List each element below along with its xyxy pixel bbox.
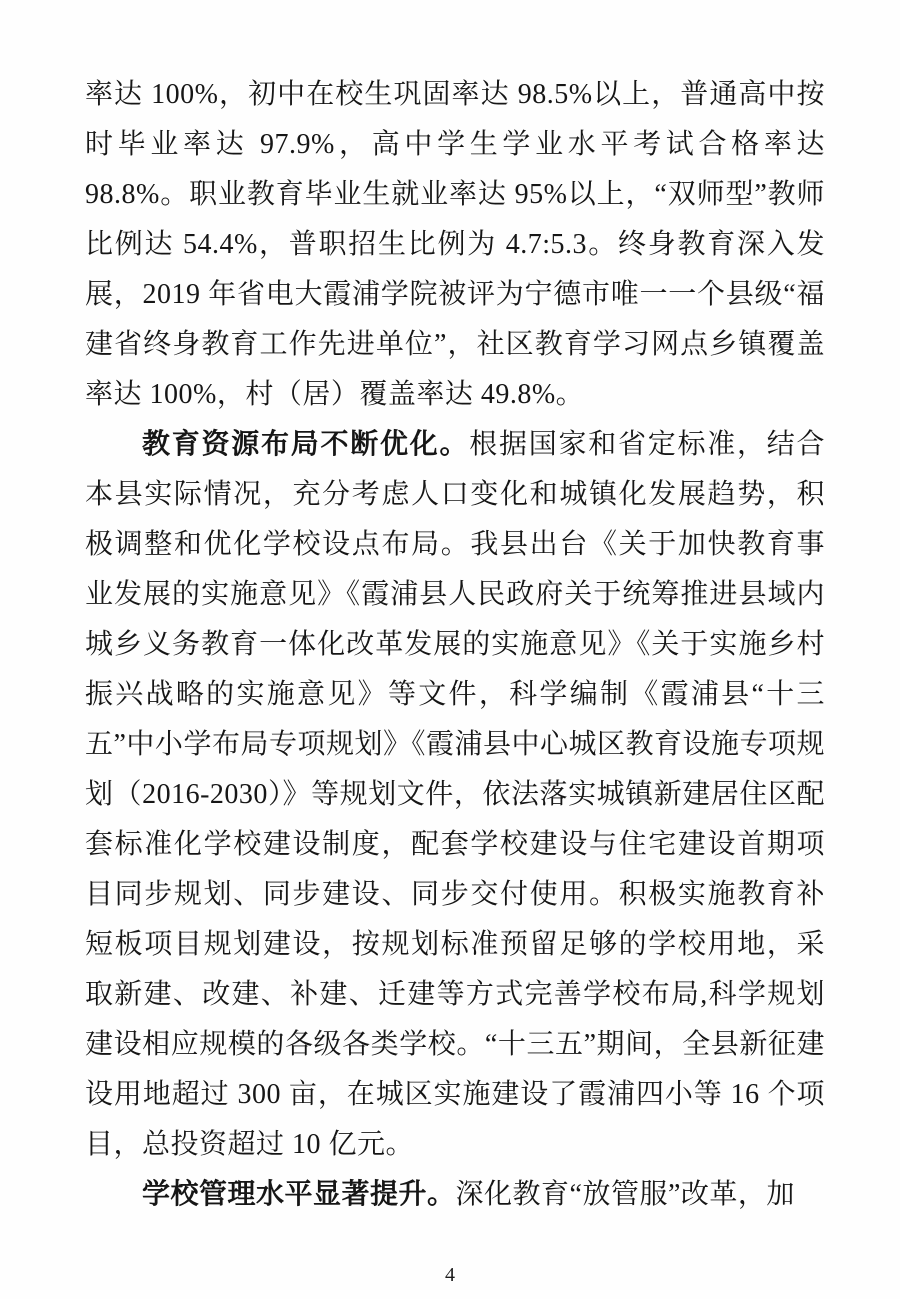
document-body: 率达 100%，初中在校生巩固率达 98.5%以上，普通高中按时毕业率达 97.… bbox=[85, 70, 825, 1220]
document-page: 率达 100%，初中在校生巩固率达 98.5%以上，普通高中按时毕业率达 97.… bbox=[0, 0, 900, 1299]
paragraph-lead: 教育资源布局不断优化。 bbox=[142, 429, 469, 460]
paragraph-school-management: 学校管理水平显著提升。深化教育“放管服”改革，加 bbox=[85, 1170, 825, 1220]
paragraph-text: 根据国家和省定标准，结合本县实际情况，充分考虑人口变化和城镇化发展趋势，积极调整… bbox=[85, 429, 825, 1160]
paragraph-lead: 学校管理水平显著提升。 bbox=[142, 1179, 456, 1210]
paragraph-text: 深化教育“放管服”改革，加 bbox=[456, 1179, 795, 1210]
paragraph-education-rates: 率达 100%，初中在校生巩固率达 98.5%以上，普通高中按时毕业率达 97.… bbox=[85, 70, 825, 420]
paragraph-resource-layout: 教育资源布局不断优化。根据国家和省定标准，结合本县实际情况，充分考虑人口变化和城… bbox=[85, 420, 825, 1170]
paragraph-text: 率达 100%，初中在校生巩固率达 98.5%以上，普通高中按时毕业率达 97.… bbox=[85, 79, 825, 410]
page-number: 4 bbox=[0, 1264, 900, 1287]
